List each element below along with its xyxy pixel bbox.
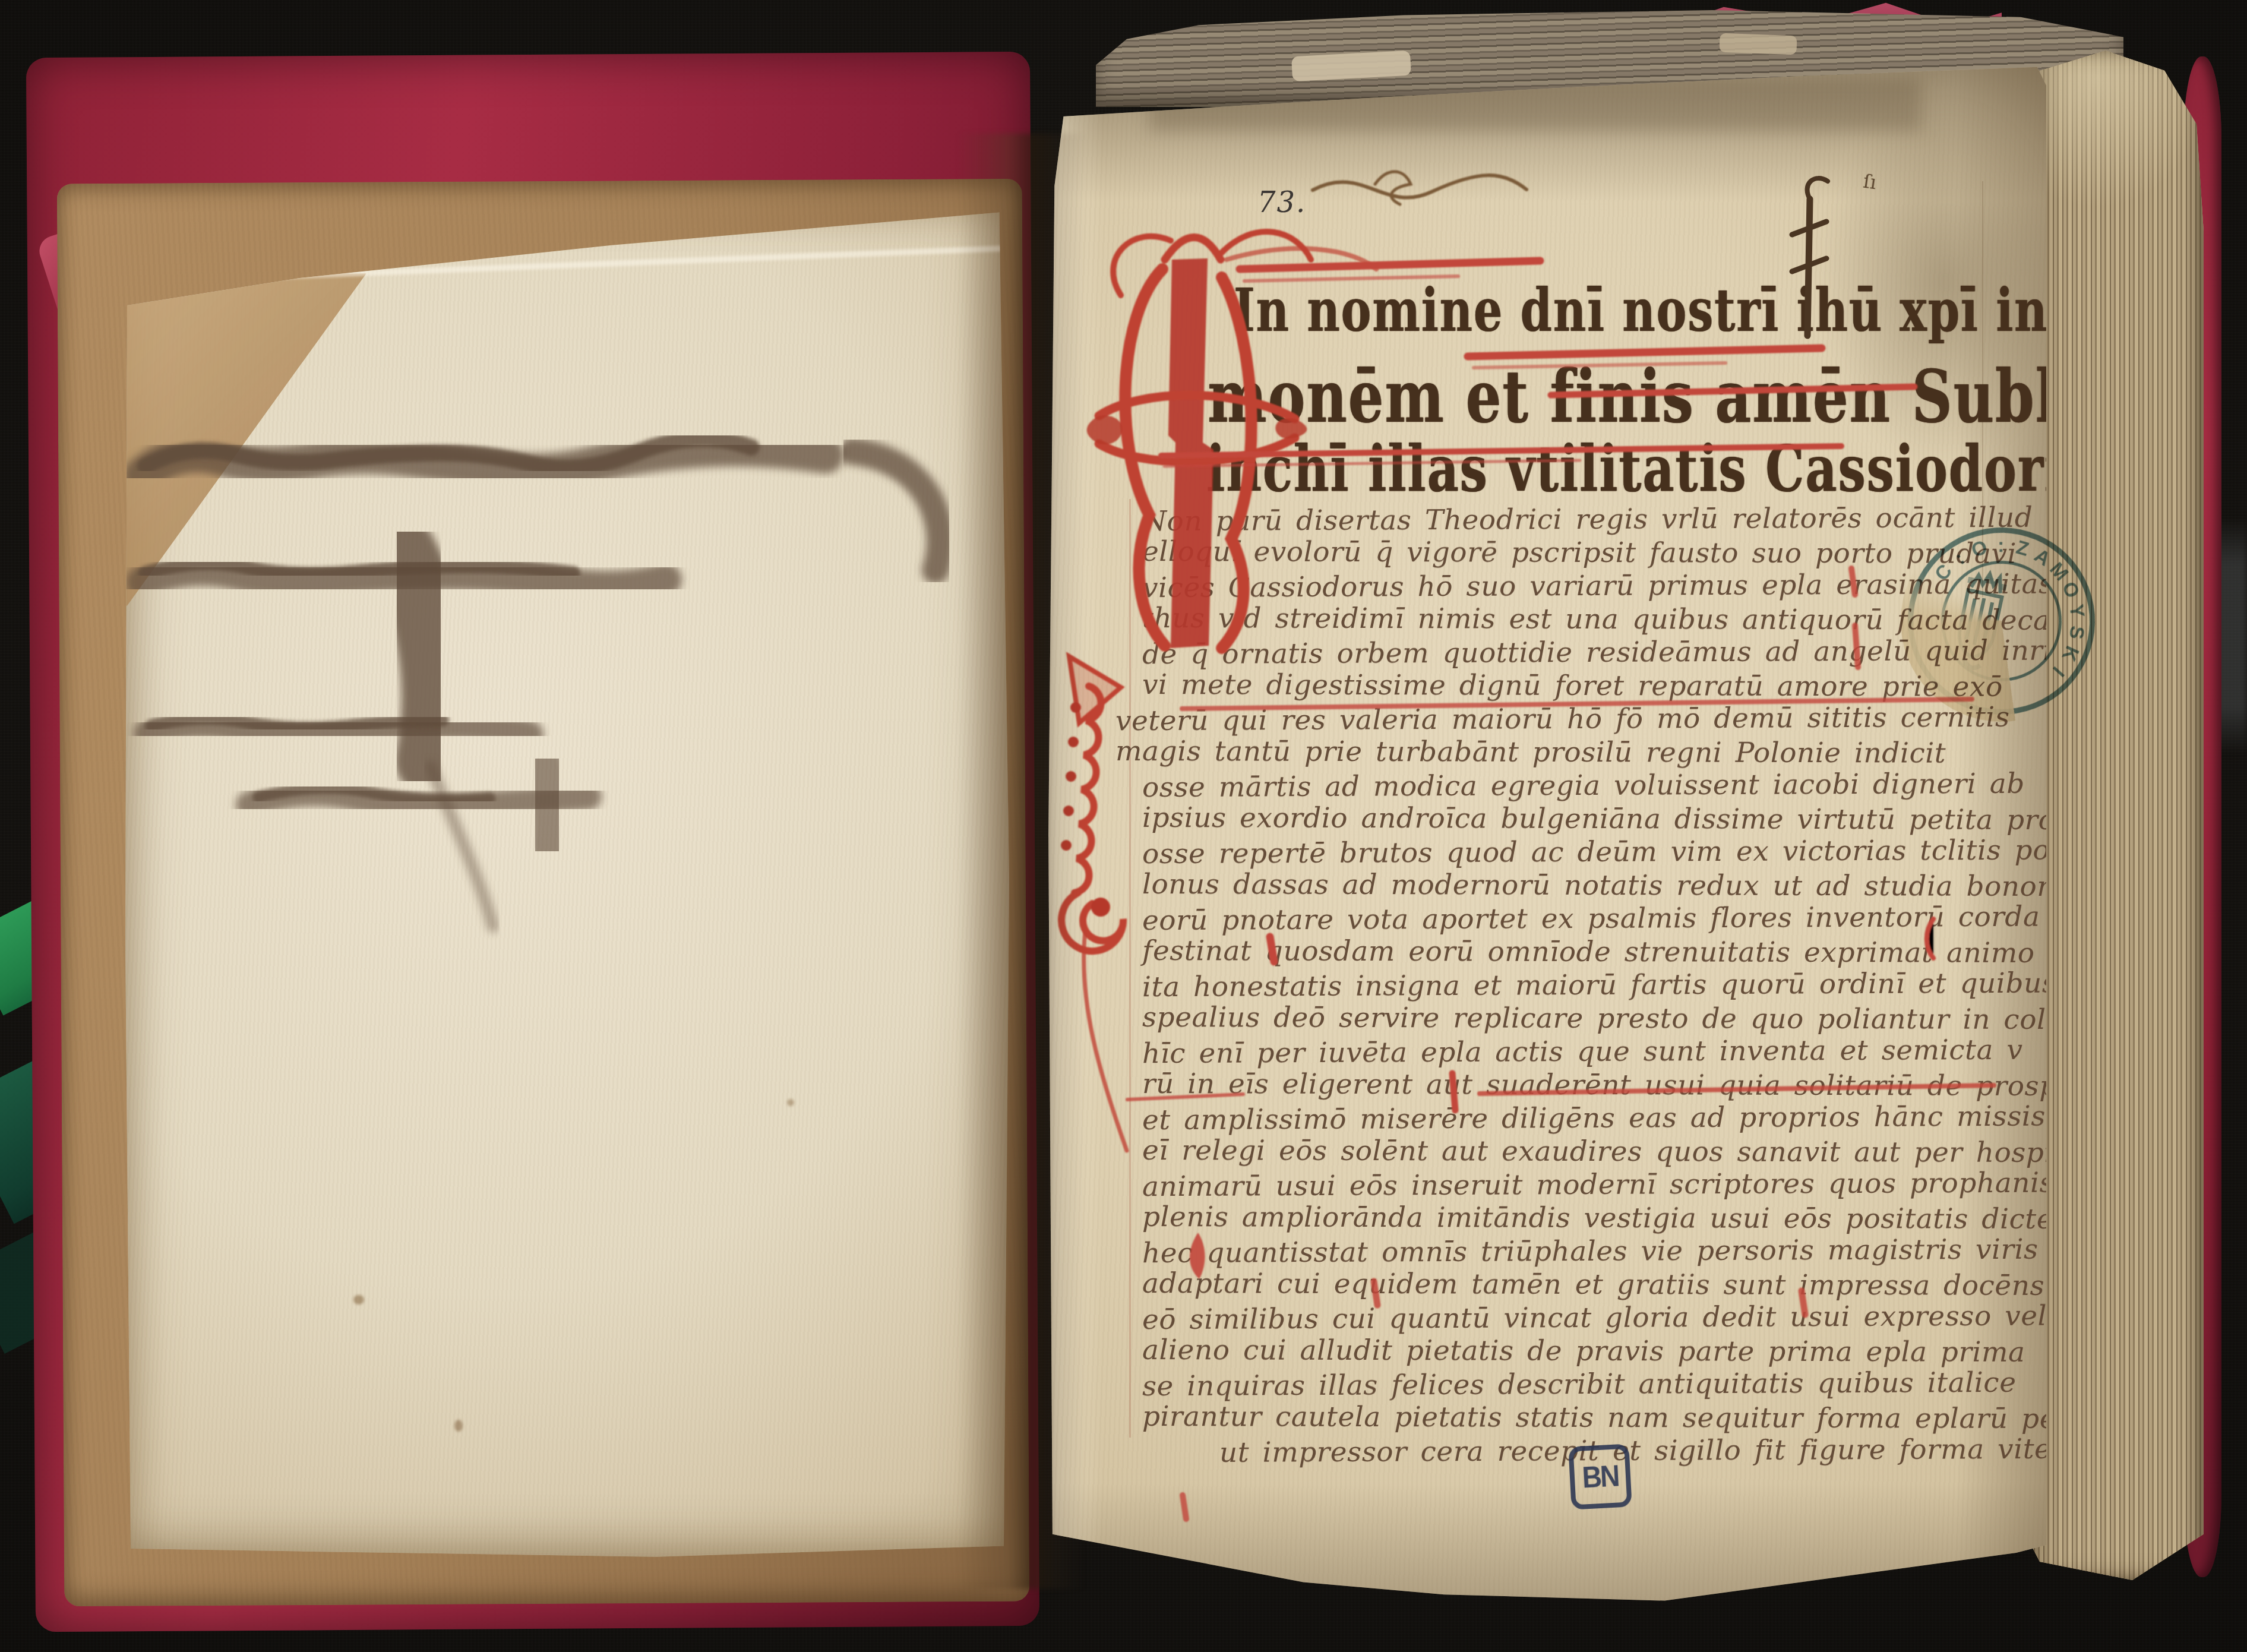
erased-inscription-smudge [122,196,1013,1562]
stamp-letter: Y [2065,602,2089,618]
bn-library-stamp: BN [1568,1443,1632,1509]
fore-edge-page-block [2025,48,2204,1580]
stamp-letter: : [1998,533,2004,556]
torn-paper-bit-2 [1719,33,1797,55]
torn-paper-bit [1291,50,1411,81]
small-stain [353,1295,364,1304]
gutter-shadow [957,134,1085,1589]
manuscript-photo: 73. ſı In nomine dnī nostrī ihū xpī in q… [0,0,2247,1652]
small-stain-3 [787,1099,794,1106]
rubric-penwork-initial [1042,62,2046,1607]
small-stain-2 [454,1420,463,1432]
zamoyski-library-stamp: C:O:ZAMOYSKI [1891,510,2113,732]
left-page-verso [122,196,1013,1562]
bn-stamp-text: BN [1581,1458,1619,1495]
right-page-recto: 73. ſı In nomine dnī nostrī ihū xpī in q… [1042,62,2046,1607]
